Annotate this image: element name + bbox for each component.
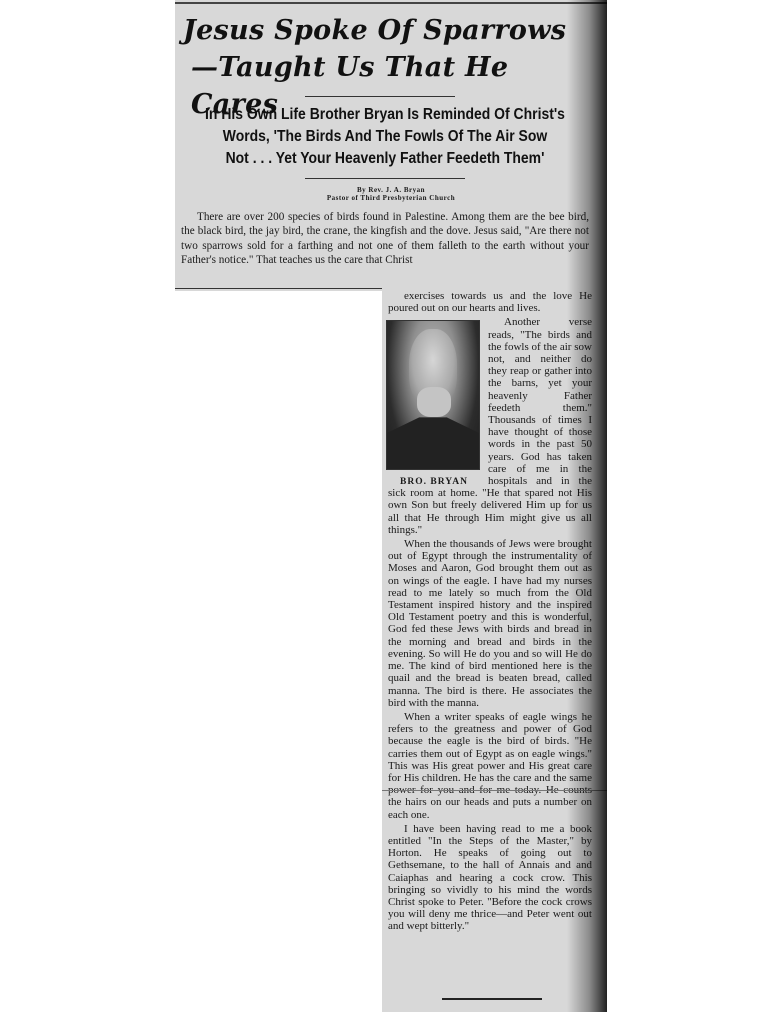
clipping-column-block: exercises towards us and the love He pou…: [382, 286, 607, 1012]
photo-beard: [417, 387, 451, 417]
column-paragraph: I have been having read to me a book ent…: [388, 823, 592, 933]
column-paragraph: exercises towards us and the love He pou…: [388, 290, 592, 314]
byline-title: Pastor of Third Presbyterian Church: [175, 194, 607, 202]
article-column: exercises towards us and the love He pou…: [388, 290, 592, 935]
photo-coat: [387, 417, 479, 469]
headline-line-1: Jesus Spoke Of Sparrows: [181, 12, 601, 49]
byline-author: By Rev. J. A. Bryan: [175, 186, 607, 194]
deck-line-3: Not . . . Yet Your Heavenly Father Feede…: [196, 148, 574, 170]
top-rule: [175, 2, 607, 4]
column-paragraph: When the thousands of Jews were brought …: [388, 538, 592, 709]
block-bottom-rule: [175, 288, 382, 289]
byline: By Rev. J. A. Bryan Pastor of Third Pres…: [175, 186, 607, 202]
end-rule: [442, 998, 542, 1000]
deck-line-2: Words, 'The Birds And The Fowls Of The A…: [196, 126, 574, 148]
portrait-photo: [386, 320, 480, 470]
fold-line: [382, 790, 607, 791]
column-paragraph: When a writer speaks of eagle wings he r…: [388, 711, 592, 821]
portrait-figure: BRO. BRYAN: [386, 320, 482, 486]
lead-paragraph-text: There are over 200 species of birds foun…: [181, 210, 589, 267]
lead-paragraph: There are over 200 species of birds foun…: [181, 210, 589, 267]
deck-line-1: In His Own Life Brother Bryan Is Reminde…: [196, 104, 574, 126]
deck-subheadline: In His Own Life Brother Bryan Is Reminde…: [196, 104, 574, 170]
clipping-top-block: Jesus Spoke Of Sparrows —Taught Us That …: [175, 0, 607, 291]
headline-divider: [305, 96, 455, 97]
deck-divider: [305, 178, 465, 179]
